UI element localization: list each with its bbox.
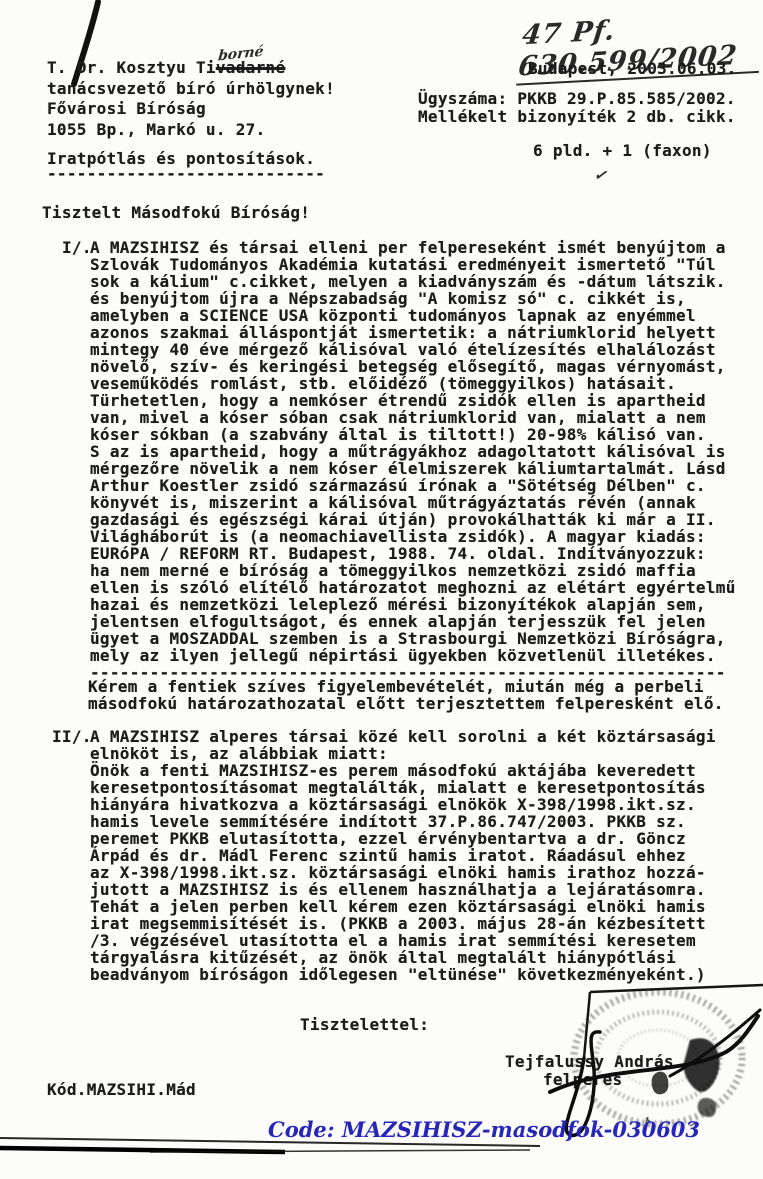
handwritten-checkmark: ✓ [593,165,608,185]
section2-lines: A MAZSIHISZ alperes társai közé kell sor… [90,728,716,983]
text-line: elnököt is, az alábbiak miatt: [90,745,716,762]
section1-label: I/. [62,239,92,256]
text-line: A MAZSIHISZ és társai elleni per felpere… [90,239,736,256]
text-line: /3. végzésével utasította el a hamis ira… [90,932,716,949]
section2-label: II/. [52,728,92,745]
text-line: A MAZSIHISZ alperes társai közé kell sor… [90,728,716,745]
text-line: Szlovák Tudományos Akadémia kutatási ere… [90,256,736,273]
text-line: Arthur Koestler zsidó származású írónak … [90,477,736,494]
text-line: peremet PKKB elutasította, ezzel érvényb… [90,830,716,847]
text-line: Tehát a jelen perben kell kérem ezen köz… [90,898,716,915]
closing-request: Kérem a fentiek szíves figyelembevételét… [88,678,724,712]
text-line: sok a kálium" c.cikket, melyen a kiadván… [90,273,736,290]
scan-edge-lines [0,1128,763,1168]
recipient-line-2: tanácsvezető bíró úrhölgynek! [47,79,335,100]
text-line: Türhetetlen, hogy a nemkóser étrendű zsi… [90,392,736,409]
signoff-label: Tisztelettel: [300,1016,429,1033]
text-line: Világháborút is (a neomachiavellista zsi… [90,528,736,545]
text-line: van, mivel a kóser sóban csak nátriumklo… [90,409,736,426]
text-line: mintegy 40 éve mérgező kálisóval való ét… [90,341,736,358]
section1-body: A MAZSIHISZ és társai elleni per felpere… [90,239,736,681]
text-line: mely az ilyen jellegű népirtási ügyekben… [90,647,736,664]
text-line: könyvét is, miszerint a kálisóval műtrág… [90,494,736,511]
recipient-line-1: T. Dr. Kosztyu Tivadarné [47,58,335,79]
text-line: és benyújtom újra a Népszabadság "A komi… [90,290,736,307]
text-line: keresetpontosításomat megtalálták, miala… [90,779,716,796]
section1-lines: A MAZSIHISZ és társai elleni per felpere… [90,239,736,664]
text-line: jelentsen elfogultságot, és ennek alapjá… [90,613,736,630]
recipient-line-4: 1055 Bp., Markó u. 27. [47,120,335,141]
text-line: gazdasági és egészségi kárai útján) prov… [90,511,736,528]
text-line: amelyben a SCIENCE USA központi tudomány… [90,307,736,324]
date-line: Budapest, 2003.06.03. [528,60,737,77]
text-line: irat megsemmisítését is. (PKKB a 2003. m… [90,915,716,932]
footer-code-left: Kód.MAZSIHI.Mád [47,1081,196,1098]
text-line: Árpád és dr. Mádl Ferenc szintű hamis ir… [90,847,716,864]
text-line: tárgyalásra kitűzését, az önök által meg… [90,949,716,966]
recipient-line-3: Fővárosi Bíróság [47,99,335,120]
subject-underline: ---------------------------- [47,165,325,182]
text-line: Önök a fenti MAZSIHISZ-es perem másodfok… [90,762,716,779]
text-line: másodfokú határozathozatal előtt terjesz… [88,695,724,712]
text-line: kóser sókban (a szabvány által is tiltot… [90,426,736,443]
scanned-letter-page: 47 Pf. 630.599/2002 T. Dr. Kosztyu Tivad… [0,0,763,1179]
text-line: veseműködés romlást, stb. előidéző (töme… [90,375,736,392]
recipient-name-start: T. Dr. Kosztyu Ti [47,58,216,77]
recipient-block: T. Dr. Kosztyu Tivadarné tanácsvezető bí… [47,58,335,140]
case-reference-line: Ügyszáma: PKKB 29.P.85.585/2002. [418,90,736,107]
text-line: jutott a MAZSIHISZ is és ellenem használ… [90,881,716,898]
text-line: hiányára hivatkozva a köztársasági elnök… [90,796,716,813]
text-line: mérgezőre növelik a nem kóser élelmiszer… [90,460,736,477]
text-line: azonos szakmai álláspontját ismertetik: … [90,324,736,341]
text-line: hazai és nemzetközi leleplező mérési biz… [90,596,736,613]
text-line: S az is apartheid, hogy a műtrágyákhoz a… [90,443,736,460]
text-line: Kérem a fentiek szíves figyelembevételét… [88,678,724,695]
copies-line: 6 pld. + 1 (faxon) [533,142,712,159]
text-line: ellen is szóló elítélő határozatot megho… [90,579,736,596]
text-line: ha nem merné e bíróság a tömeggyilkos ne… [90,562,736,579]
text-line: ügyet a MOSZADDAL szemben is a Strasbour… [90,630,736,647]
text-line: növelő, szív- és keringési betegség elős… [90,358,736,375]
text-line: hamis levele semmítésére indított 37.P.8… [90,813,716,830]
salutation: Tisztelt Másodfokú Bíróság! [42,204,310,221]
text-line: az X-398/1998.ikt.sz. köztársasági elnök… [90,864,716,881]
text-line: EURóPA / REFORM RT. Budapest, 1988. 74. … [90,545,736,562]
attachment-line: Mellékelt bizonyíték 2 db. cikk. [418,108,736,125]
